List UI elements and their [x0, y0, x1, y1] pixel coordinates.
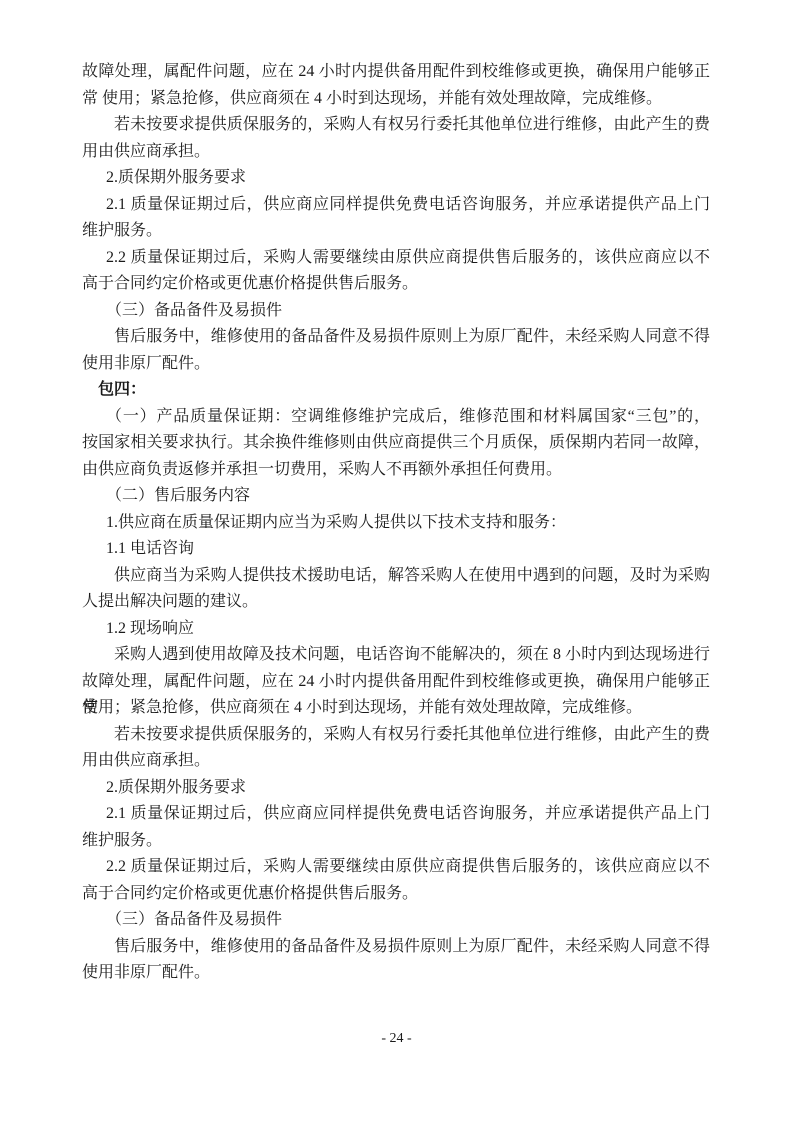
text-line: 用由供应商承担。: [82, 748, 710, 775]
text-line: 高于合同约定价格或更优惠价格提供售后服务。: [82, 881, 710, 908]
text-line: 由供应商负责返修并承担一切费用，采购人不再额外承担任何费用。: [82, 457, 710, 484]
text-line: 包四：: [82, 377, 710, 404]
text-line: （一）产品质量保证期：空调维修维护完成后，维修范围和材料属国家“三包”的，: [82, 404, 710, 431]
text-line: 使用；紧急抢修，供应商须在 4 小时到达现场，并能有效处理故障，完成维修。: [82, 695, 710, 722]
text-line: 人提出解决问题的建议。: [82, 589, 710, 616]
text-line: 采购人遇到使用故障及技术问题，电话咨询不能解决的，须在 8 小时内到达现场进行: [82, 642, 710, 669]
text-line: 若未按要求提供质保服务的，采购人有权另行委托其他单位进行维修，由此产生的费: [82, 722, 710, 749]
text-line: 若未按要求提供质保服务的，采购人有权另行委托其他单位进行维修，由此产生的费: [82, 112, 710, 139]
text-line: 用由供应商承担。: [82, 139, 710, 166]
text-line: 2.2 质量保证期过后，采购人需要继续由原供应商提供售后服务的，该供应商应以不: [82, 854, 710, 881]
text-line: 2.2 质量保证期过后，采购人需要继续由原供应商提供售后服务的，该供应商应以不: [82, 245, 710, 272]
text-line: 2.质保期外服务要求: [82, 775, 710, 802]
text-line: 1.2 现场响应: [82, 616, 710, 643]
text-line: 使用非原厂配件。: [82, 351, 710, 378]
text-line: 售后服务中，维修使用的备品备件及易损件原则上为原厂配件，未经采购人同意不得: [82, 324, 710, 351]
text-line: （三）备品备件及易损件: [82, 907, 710, 934]
text-line: 2.1 质量保证期过后，供应商应同样提供免费电话咨询服务，并应承诺提供产品上门: [82, 801, 710, 828]
page-number: - 24 -: [0, 1030, 793, 1048]
text-line: 2.质保期外服务要求: [82, 165, 710, 192]
document-page: 故障处理，属配件问题，应在 24 小时内提供备用配件到校维修或更换，确保用户能够…: [0, 0, 793, 1122]
text-line: （二）售后服务内容: [82, 483, 710, 510]
text-line: 常 使用；紧急抢修，供应商须在 4 小时到达现场，并能有效处理故障，完成维修。: [82, 86, 710, 113]
text-line: 1.1 电话咨询: [82, 536, 710, 563]
text-line: 维护服务。: [82, 828, 710, 855]
text-line: 故障处理，属配件问题，应在 24 小时内提供备用配件到校维修或更换，确保用户能够…: [82, 59, 710, 86]
text-line: 使用非原厂配件。: [82, 960, 710, 987]
text-line: 故障处理，属配件问题，应在 24 小时内提供备用配件到校维修或更换，确保用户能够…: [82, 669, 710, 696]
text-line: 售后服务中，维修使用的备品备件及易损件原则上为原厂配件，未经采购人同意不得: [82, 934, 710, 961]
text-line: 维护服务。: [82, 218, 710, 245]
text-line: 2.1 质量保证期过后，供应商应同样提供免费电话咨询服务，并应承诺提供产品上门: [82, 192, 710, 219]
text-line: （三）备品备件及易损件: [82, 298, 710, 325]
text-line: 高于合同约定价格或更优惠价格提供售后服务。: [82, 271, 710, 298]
text-line: 1.供应商在质量保证期内应当为采购人提供以下技术支持和服务：: [82, 510, 710, 537]
text-line: 供应商当为采购人提供技术援助电话，解答采购人在使用中遇到的问题，及时为采购: [82, 563, 710, 590]
document-body: 故障处理，属配件问题，应在 24 小时内提供备用配件到校维修或更换，确保用户能够…: [82, 59, 710, 987]
text-line: 按国家相关要求执行。其余换件维修则由供应商提供三个月质保，质保期内若同一故障，: [82, 430, 710, 457]
